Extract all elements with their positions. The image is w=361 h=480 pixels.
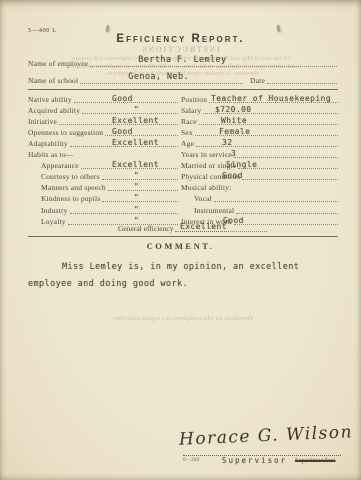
field-row: Appearance Excellent — [28, 159, 179, 170]
comment-text-line: Miss Lemley is, in my opinion, an excell… — [62, 262, 299, 272]
field-label: Musical ability: — [181, 183, 232, 192]
field-row: Acquired ability " — [28, 104, 179, 115]
field-label: Initiative — [28, 117, 57, 126]
field-label: Native ability — [28, 95, 72, 104]
field-value: $720.00 — [215, 105, 252, 114]
field-value: Female — [219, 127, 250, 136]
field-value: Good — [112, 94, 133, 103]
field-value: Excellent — [112, 116, 159, 125]
employee-name-label: Name of employee — [28, 59, 88, 68]
field-value: Single — [226, 160, 257, 169]
field-label: Kindness to pupils — [41, 194, 100, 203]
field-value: Excellent — [112, 160, 159, 169]
field-row: Married or single Single — [181, 159, 339, 170]
comment-heading: COMMENT. — [0, 241, 361, 251]
field-row: Instrumental — [181, 203, 339, 214]
scanned-efficiency-report-page: INSTRUCTIONS On the first of May and Nov… — [0, 0, 361, 480]
dotted-line — [234, 190, 339, 191]
field-row: Physical condition Good — [181, 170, 339, 181]
field-row: Openness to suggestion Good — [28, 126, 179, 137]
field-row: Manners and speech " — [28, 181, 179, 192]
field-value: 32 — [222, 138, 232, 147]
dotted-line — [102, 200, 178, 202]
field-row: Industry " — [28, 203, 179, 214]
field-label: Habits as to— — [28, 150, 74, 159]
date-label: Date — [250, 76, 265, 85]
field-row: Kindness to pupils " — [28, 192, 179, 203]
dotted-line — [195, 134, 338, 136]
field-label: Loyalty — [41, 217, 66, 226]
struck-out-role: Superintendent — [295, 458, 336, 464]
signer-role-typed: Supervisor — [222, 456, 287, 465]
field-row: Position Teacher of Housekeeping — [181, 93, 339, 104]
general-efficiency-label: General efficiency — [118, 224, 173, 233]
staple-mark — [277, 25, 280, 32]
print-code: 6—200 — [183, 458, 200, 463]
dotted-line: Bertha F. Lemley — [90, 65, 337, 67]
field-label: Position — [181, 95, 207, 104]
field-value: " — [134, 105, 139, 114]
dotted-line — [199, 123, 338, 125]
ratings-column-left: Native ability Good Acquired ability " I… — [28, 93, 179, 226]
horizontal-rule — [28, 89, 338, 90]
comment-text-line: employee and doing good work. — [28, 279, 188, 289]
school-name-value: Genoa, Neb. — [128, 72, 189, 82]
field-row: Years in service 3 — [181, 148, 339, 159]
employee-name-row: Name of employee Bertha F. Lemley — [28, 57, 338, 68]
dotted-line — [214, 200, 338, 202]
field-row: Vocal — [181, 192, 339, 203]
bleedthrough-periodicals-line: Periodicals for which employee is a regu… — [60, 315, 305, 322]
bleedthrough-instructions-heading: INSTRUCTIONS — [0, 45, 361, 54]
field-label: Acquired ability — [28, 106, 80, 115]
staple-mark — [105, 25, 109, 32]
dotted-line — [108, 189, 178, 191]
dotted-line — [236, 212, 338, 214]
dotted-line: Genoa, Neb. — [80, 82, 243, 84]
field-row: Race White — [181, 115, 339, 126]
field-value: White — [221, 116, 247, 125]
dotted-line — [76, 157, 178, 158]
field-value: " — [134, 182, 139, 191]
field-value: Teacher of Housekeeping — [211, 94, 331, 103]
field-value: " — [134, 205, 139, 214]
field-label: Appearance — [41, 161, 79, 170]
field-value: " — [134, 171, 139, 180]
supervisor-signature: Horace G. Wilson — [179, 422, 354, 450]
field-row: Age 32 — [181, 137, 339, 148]
general-efficiency-row: General efficiency Excellent — [118, 222, 268, 233]
field-label: Openness to suggestion — [28, 128, 103, 137]
dotted-line — [70, 212, 178, 214]
field-label: Industry — [41, 206, 68, 215]
dotted-line — [242, 178, 338, 180]
details-column-right: Position Teacher of Housekeeping Salary … — [181, 93, 339, 226]
dotted-line — [196, 145, 338, 147]
field-row: Courtesy to others " — [28, 170, 179, 181]
field-value: 3 — [231, 149, 236, 158]
dotted-line — [267, 82, 337, 84]
employee-name-value: Bertha F. Lemley — [138, 55, 226, 65]
field-label: Age — [181, 139, 194, 148]
field-label: Vocal — [194, 194, 212, 203]
horizontal-rule — [28, 236, 338, 237]
field-row: Native ability Good — [28, 93, 179, 104]
school-name-row: Name of school Genoa, Neb. Date — [28, 74, 338, 85]
field-value: " — [134, 193, 139, 202]
field-row: Musical ability: — [181, 181, 339, 192]
general-efficiency-value: Excellent — [180, 222, 227, 232]
dotted-line — [102, 178, 178, 180]
field-label: Adaptability — [28, 139, 68, 148]
school-name-label: Name of school — [28, 76, 78, 85]
dotted-line — [234, 156, 338, 158]
field-value: Good — [112, 127, 133, 136]
field-label: Race — [181, 117, 197, 126]
dotted-line — [82, 112, 178, 114]
field-label: Instrumental — [194, 206, 234, 215]
field-row: Habits as to— — [28, 148, 179, 159]
field-value: Excellent — [112, 138, 159, 147]
field-label: Salary — [181, 106, 201, 115]
field-row: Sex Female — [181, 126, 339, 137]
field-row: Initiative Excellent — [28, 115, 179, 126]
field-row: Salary $720.00 — [181, 104, 339, 115]
page-title: Efficiency Report. — [0, 33, 361, 45]
field-label: Manners and speech — [41, 183, 106, 192]
field-row: Adaptability Excellent — [28, 137, 179, 148]
field-label: Years in service — [181, 150, 232, 159]
field-value: Good — [222, 171, 243, 180]
field-label: Sex — [181, 128, 193, 137]
field-label: Courtesy to others — [41, 172, 100, 181]
